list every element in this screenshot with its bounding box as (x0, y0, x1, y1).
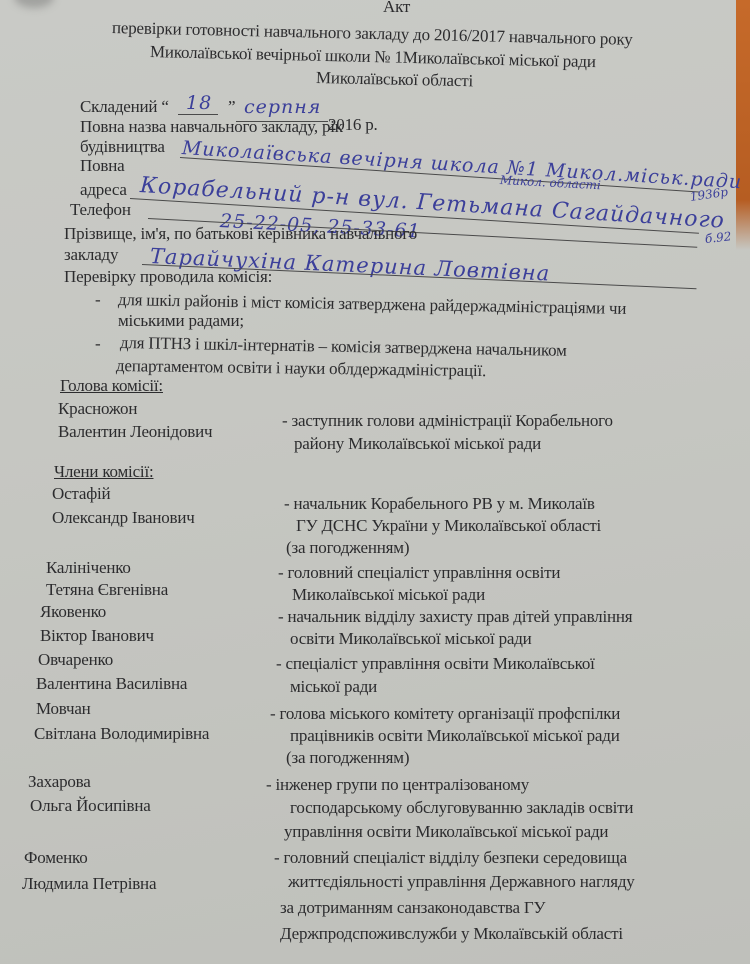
member-7-surname: Фоменко (24, 848, 88, 868)
full-name-label-2: будівництва (80, 137, 165, 157)
member-2-given-name: Тетяна Євгенівна (46, 580, 168, 600)
member-1-surname: Остафій (52, 484, 110, 504)
compiled-quote-close: ” (228, 97, 235, 117)
address-building: б.92 (704, 229, 732, 246)
member-1-role-line-3: (за погодженням) (286, 538, 409, 558)
head-label-2: закладу (64, 245, 118, 265)
chair-role-line-1: - заступник голови адміністрації Корабел… (282, 411, 613, 431)
full-name-label-1: Повна назва навчального закладу, рік (80, 117, 343, 137)
member-2-surname: Калініченко (46, 558, 131, 578)
member-5-role-line-3: (за погодженням) (286, 748, 409, 768)
member-5-role-line-2: працівників освіти Миколаївської міської… (290, 726, 620, 746)
address-label-2: адреса (80, 180, 127, 200)
bullet-1-line-2: міськими радами; (118, 311, 244, 331)
member-3-role-line-1: - начальник відділу захисту прав дітей у… (278, 607, 632, 627)
member-4-role-line-2: міської ради (290, 677, 377, 697)
member-7-role-line-2: життєдіяльності управління Державного на… (288, 872, 635, 892)
member-6-role-line-3: управління освіти Миколаївської міської … (284, 822, 608, 842)
member-6-role-line-2: господарському обслуговуванню закладів о… (290, 798, 633, 818)
member-6-given-name: Ольга Йосипівна (30, 796, 151, 816)
member-2-role-line-1: - головний спеціаліст управління освіти (278, 563, 560, 583)
member-4-surname: Овчаренко (38, 650, 113, 670)
member-5-given-name: Світлана Володимирівна (34, 724, 209, 744)
chair-role-line-2: району Миколаївської міської ради (294, 434, 541, 454)
head-label-1: Прізвище, ім'я, по батькові керівника на… (64, 224, 417, 244)
member-7-given-name: Людмила Петрівна (22, 874, 156, 894)
compiled-month: серпня (244, 96, 321, 118)
member-6-role-line-1: - інженер групи по централізованому (266, 775, 529, 795)
member-6-surname: Захарова (28, 772, 91, 792)
member-2-role-line-2: Миколаївської міської ради (292, 585, 485, 605)
member-4-given-name: Валентина Василівна (36, 674, 187, 694)
member-4-role-line-1: - спеціаліст управління освіти Миколаївс… (276, 654, 595, 674)
chair-surname: Красножон (58, 399, 137, 419)
member-3-role-line-2: освіти Миколаївської міської ради (290, 629, 532, 649)
document-title: Акт (383, 0, 410, 17)
day-underline (178, 114, 218, 115)
commission-intro: Перевірку проводила комісія: (64, 267, 272, 287)
bullet-dash-2: - (95, 334, 101, 354)
address-label-1: Повна (80, 156, 124, 176)
member-7-role-line-4: Держпродспоживслужби у Мколаївській обла… (280, 924, 623, 944)
subtitle-line-3: Миколаївської області (316, 68, 473, 91)
member-3-given-name: Віктор Іванович (40, 626, 154, 646)
phone-label: Телефон (70, 200, 131, 220)
bullet-2-line-2: департаментом освіти і науки облдержадмі… (116, 356, 486, 381)
document-page: Акт перевірки готовності навчального зак… (0, 0, 750, 964)
member-3-surname: Яковенко (40, 602, 106, 622)
chair-given-name: Валентин Леонідович (58, 422, 212, 442)
member-1-given-name: Олександр Іванович (52, 508, 195, 528)
compiled-day: 18 (186, 92, 212, 114)
bullet-dash-1: - (95, 290, 101, 310)
member-5-role-line-1: - голова міського комітету організації п… (270, 704, 620, 724)
chair-heading: Голова комісії: (60, 376, 163, 396)
member-5-surname: Мовчан (36, 699, 91, 719)
compiled-label: Складений “ (80, 97, 169, 117)
members-heading: Члени комісії: (54, 462, 154, 482)
member-1-role-line-1: - начальник Корабельного РВ у м. Миколаї… (284, 494, 595, 514)
member-1-role-line-2: ГУ ДСНС України у Миколаївської області (296, 516, 601, 536)
member-7-role-line-3: за дотриманням санзаконодавства ГУ (280, 898, 545, 918)
member-7-role-line-1: - головний спеціаліст відділу безпеки се… (274, 848, 627, 868)
